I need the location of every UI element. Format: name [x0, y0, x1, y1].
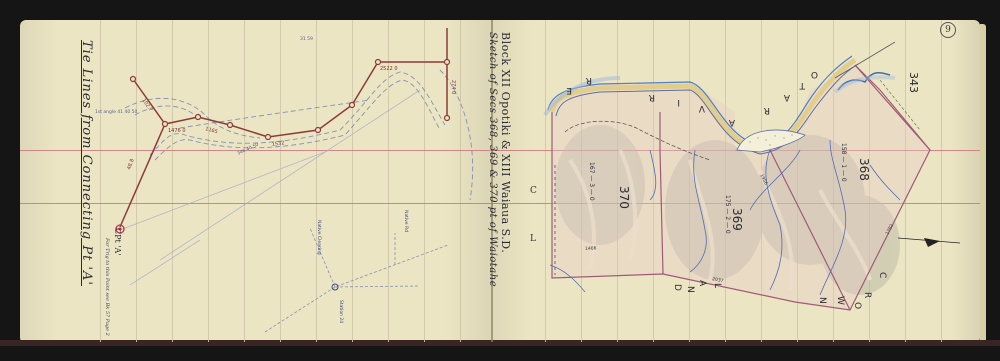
svg-text:A: A	[783, 92, 790, 102]
svg-text:368: 368	[857, 158, 871, 181]
svg-text:48.8: 48.8	[126, 158, 135, 171]
svg-text:346 40 50: 346 40 50	[236, 142, 259, 157]
svg-text:2522 0: 2522 0	[380, 66, 398, 72]
right-page-title: Block XII Opotiki & XIII Waiaua S.D.	[499, 32, 512, 253]
svg-text:A: A	[728, 117, 735, 127]
svg-text:167 — 3 — 0: 167 — 3 — 0	[588, 162, 595, 201]
svg-text:343: 343	[907, 72, 920, 93]
page-number: 9	[940, 22, 956, 38]
svg-text:175 — 2 — 0: 175 — 2 — 0	[724, 195, 731, 234]
section-370-label: 370	[617, 186, 631, 209]
svg-text:A: A	[697, 280, 707, 287]
svg-text:R: R	[649, 92, 655, 102]
svg-text:W: W	[835, 296, 845, 305]
svg-text:O: O	[852, 302, 862, 309]
svg-text:1st angle 41 40 50: 1st angle 41 40 50	[95, 109, 137, 115]
svg-text:1532: 1532	[271, 140, 284, 148]
svg-text:31 59: 31 59	[300, 36, 313, 42]
svg-text:Native Clearing: Native Clearing	[316, 220, 322, 255]
svg-text:V: V	[698, 103, 705, 113]
svg-text:1476 0: 1476 0	[168, 128, 186, 134]
svg-text:O: O	[811, 69, 818, 79]
station-note: For Trig to this Point see Bk 57 Page 2	[104, 238, 110, 336]
svg-text:Station 24: Station 24	[338, 300, 344, 323]
svg-text:N: N	[817, 297, 827, 304]
svg-text:102.7: 102.7	[140, 98, 153, 113]
svg-text:R: R	[862, 292, 872, 298]
svg-text:N: N	[685, 286, 695, 293]
svg-text:Native Rd: Native Rd	[403, 210, 409, 232]
svg-text:T: T	[799, 80, 806, 90]
svg-text:R: R	[586, 75, 592, 85]
svg-text:I: I	[677, 97, 680, 107]
svg-text:158 — 1 — 0: 158 — 1 — 0	[840, 143, 847, 182]
right-page-subtitle: Sketch of Secs 368, 369 & 370 pt of Waio…	[487, 32, 498, 287]
svg-text:D: D	[672, 284, 682, 291]
svg-text:R: R	[764, 105, 770, 115]
svg-text:C: C	[877, 272, 887, 278]
margin-letter-l: L	[530, 234, 536, 244]
svg-text:E: E	[566, 85, 572, 95]
margin-letter-c: C	[530, 186, 537, 196]
svg-text:274 0: 274 0	[450, 80, 456, 94]
left-page-title: Tie Lines from Connecting Pt 'A'	[79, 40, 94, 286]
svg-text:369: 369	[730, 208, 744, 231]
svg-text:1466: 1466	[585, 245, 597, 252]
station-label: CPt 'A'	[113, 228, 122, 255]
svg-text:1165: 1165	[204, 126, 218, 135]
